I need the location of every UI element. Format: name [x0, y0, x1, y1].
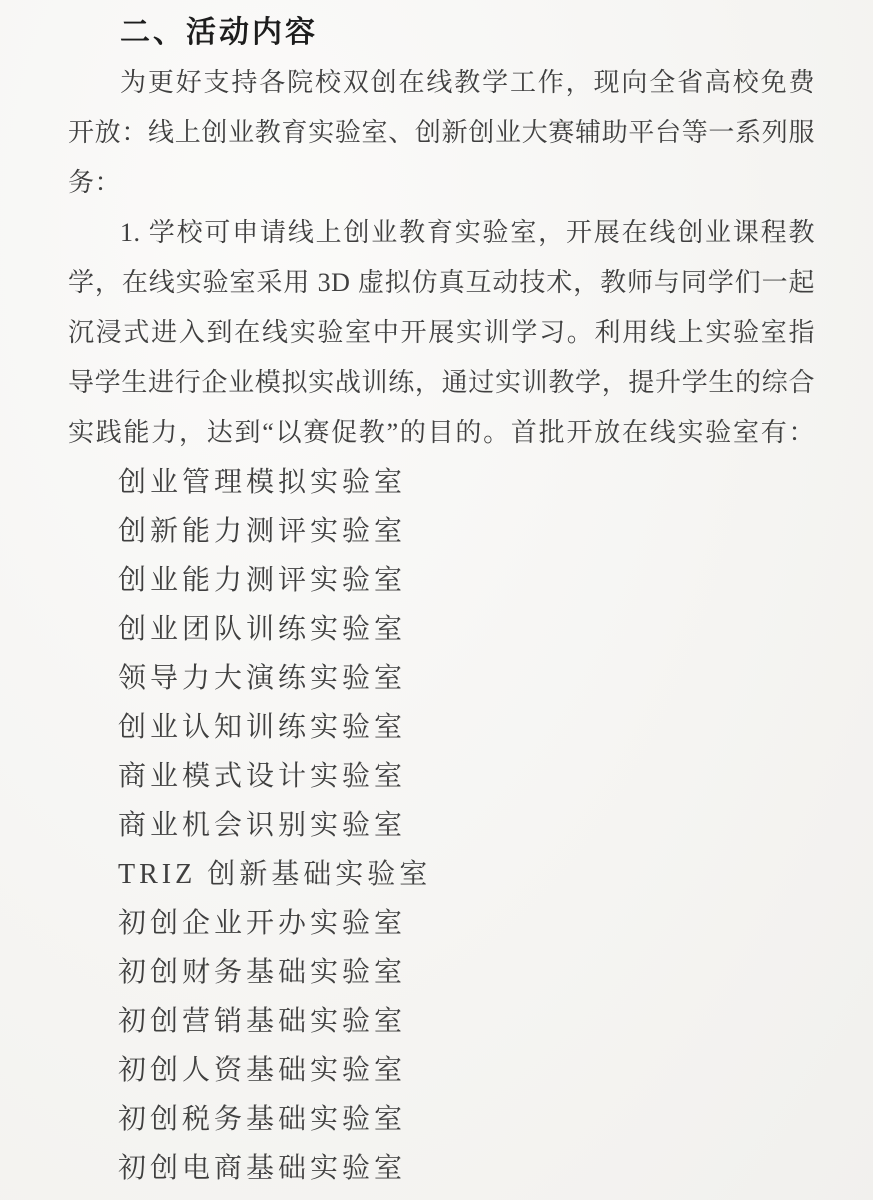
document-page: 二、活动内容 为更好支持各院校双创在线教学工作，现向全省高校免费开放：线上创业教…	[0, 0, 873, 1200]
list-item-lab-name: 商业机会识别实验室	[118, 801, 815, 850]
body-text-line: 实践能力，达到“以赛促教”的目的。首批开放在线实验室有：	[68, 408, 815, 458]
body-text-line: 开放：线上创业教育实验室、创新创业大赛辅助平台等一系列服	[68, 108, 815, 158]
list-item-lab-name: 创业认知训练实验室	[118, 703, 815, 752]
section-heading: 二、活动内容	[68, 8, 815, 58]
list-item-lab-name: 创业团队训练实验室	[118, 605, 815, 654]
list-item-lab-name: 商业模式设计实验室	[118, 752, 815, 801]
lab-list: 创业管理模拟实验室创新能力测评实验室创业能力测评实验室创业团队训练实验室领导力大…	[68, 458, 815, 1193]
list-item-lab-name: 初创财务基础实验室	[118, 948, 815, 997]
body-text-line: 1. 学校可申请线上创业教育实验室，开展在线创业课程教	[68, 208, 815, 258]
body-text-line: 务：	[68, 158, 815, 208]
list-item-lab-name: 初创人资基础实验室	[118, 1046, 815, 1095]
list-item-lab-name: 初创电商基础实验室	[118, 1144, 815, 1193]
body-text-line: 学，在线实验室采用 3D 虚拟仿真互动技术，教师与同学们一起	[68, 258, 815, 308]
list-item-lab-name: 创新能力测评实验室	[118, 507, 815, 556]
body-text-line: 为更好支持各院校双创在线教学工作，现向全省高校免费	[68, 58, 815, 108]
list-item-lab-name: 创业能力测评实验室	[118, 556, 815, 605]
list-item-lab-name: 领导力大演练实验室	[118, 654, 815, 703]
body-paragraphs: 为更好支持各院校双创在线教学工作，现向全省高校免费开放：线上创业教育实验室、创新…	[68, 58, 815, 458]
list-item-lab-name: 初创营销基础实验室	[118, 997, 815, 1046]
list-item-lab-name: 初创企业开办实验室	[118, 899, 815, 948]
body-text-line: 沉浸式进入到在线实验室中开展实训学习。利用线上实验室指	[68, 308, 815, 358]
list-item-lab-name: 创业管理模拟实验室	[118, 458, 815, 507]
list-item-lab-name: 初创税务基础实验室	[118, 1095, 815, 1144]
list-item-lab-name: TRIZ 创新基础实验室	[118, 850, 815, 899]
body-text-line: 导学生进行企业模拟实战训练，通过实训教学，提升学生的综合	[68, 358, 815, 408]
